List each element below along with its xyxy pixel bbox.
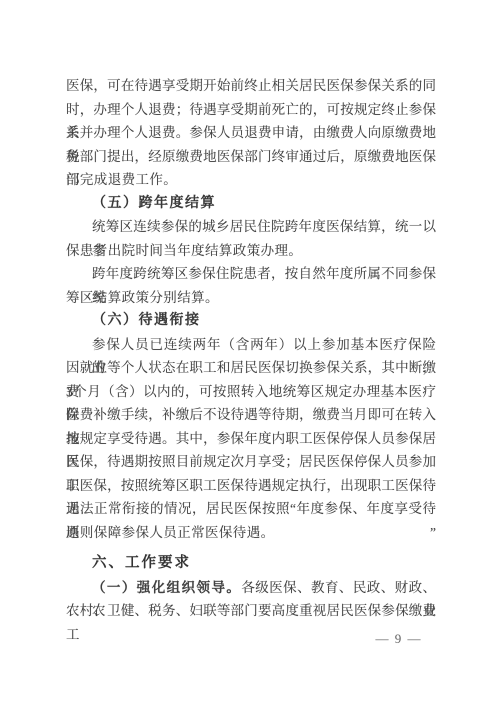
text-line: 农村、卫健、税务、妇联等部门要高度重视居民医保参保缴费工 — [66, 599, 436, 623]
text-line: 险费补缴手续，补缴后不设待遇等待期，缴费当月即可在转入地 — [66, 403, 436, 427]
text-line: 医保，待遇期按照目前规定次月享受；居民医保停保人员参加职 — [66, 450, 436, 474]
section-heading: 六、工作要求 — [66, 552, 436, 576]
text-line: 门完成退费工作。 — [66, 168, 436, 192]
bold-lead-text: （一）强化组织领导。 — [92, 580, 241, 595]
document-body: 医保，可在待遇享受期开始前终止相关居民医保参保关系的同时，办理个人退费；待遇享受… — [66, 74, 436, 623]
text-line: 务部门提出，经原缴费地医保部门终审通过后，原缴费地医保部 — [66, 145, 436, 169]
page-number: — 9 — — [376, 629, 423, 649]
section-heading: （六）待遇衔接 — [66, 309, 436, 333]
text-line: 3个月（含）以内的，可按照转入地统筹区规定办理基本医疗保 — [66, 380, 436, 404]
text-line: 跨年度跨统筹区参保住院患者，按自然年度所属不同参保统 — [66, 262, 436, 286]
text-line: 无法正常衔接的情况，居民医保按照“年度参保、年度享受待遇” — [66, 497, 436, 521]
text-line: 筹区结算政策分别结算。 — [66, 286, 436, 310]
text-line: 医保，可在待遇享受期开始前终止相关居民医保参保关系的同 — [66, 74, 436, 98]
text-line: （一）强化组织领导。各级医保、教育、民政、财政、农业 — [66, 576, 436, 600]
text-line: 时，办理个人退费；待遇享受期前死亡的，可按规定终止参保关 — [66, 98, 436, 122]
text-line: 按规定享受待遇。其中，参保年度内职工医保停保人员参保居民 — [66, 427, 436, 451]
text-line: 统筹区连续参保的城乡居民住院跨年度医保结算，统一以参 — [66, 215, 436, 239]
text-line: 参保人员已连续两年（含两年）以上参加基本医疗保险的， — [66, 333, 436, 357]
document-page: 医保，可在待遇享受期开始前终止相关居民医保参保关系的同时，办理个人退费；待遇享受… — [0, 0, 500, 708]
text-line: 工医保，按照统筹区职工医保待遇规定执行，出现职工医保待遇 — [66, 474, 436, 498]
section-heading: （五）跨年度结算 — [66, 192, 436, 216]
text-line: 系并办理个人退费。参保人员退费申请，由缴费人向原缴费地税 — [66, 121, 436, 145]
text-line: 保患者出院时间当年度结算政策办理。 — [66, 239, 436, 263]
text-line: 因就业等个人状态在职工和居民医保切换参保关系，其中断缴费 — [66, 356, 436, 380]
